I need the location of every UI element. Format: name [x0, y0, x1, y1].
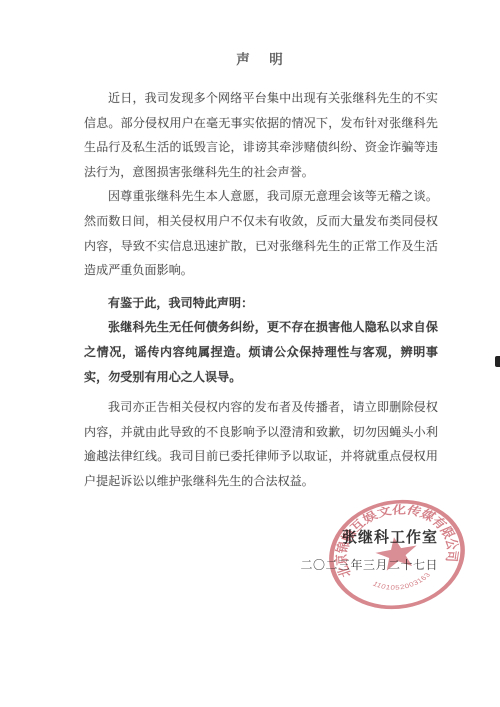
- paragraph-legal-warning: 我司亦正告相关侵权内容的发布者及传播者，请立即删除侵权内容，并就由此导致的不良影…: [84, 395, 438, 493]
- paragraph-declaration-body: 张继科先生无任何债务纠纷，更不存在损害他人隐私以求自保之情况，谣传内容纯属捏造。…: [84, 315, 438, 389]
- scan-artifact-mark: [495, 356, 500, 367]
- paragraph-intro: 近日，我司发现多个网络平台集中出现有关张继科先生的不实信息。部分侵权用户在毫无事…: [84, 86, 438, 184]
- document-body: 声 明 近日，我司发现多个网络平台集中出现有关张继科先生的不实信息。部分侵权用户…: [0, 0, 500, 573]
- document-title: 声 明: [84, 50, 438, 70]
- signature-block: 张继科工作室 二〇二三年三月二十七日: [84, 530, 438, 573]
- paragraph-declaration-lead: 有鉴于此，我司特此声明：: [84, 291, 438, 316]
- seal-number-text: 1101052003163: [370, 570, 434, 596]
- signature-date: 二〇二三年三月二十七日: [84, 558, 438, 573]
- paragraph-background: 因尊重张继科先生本人意愿，我司原无意理会该等无稽之谈。然而数日间，相关侵权用户不…: [84, 184, 438, 282]
- signature-studio-name: 张继科工作室: [84, 530, 438, 547]
- seal-number-arc: 1101052003163: [370, 570, 434, 596]
- statement-document-page: 声 明 近日，我司发现多个网络平台集中出现有关张继科先生的不实信息。部分侵权用户…: [0, 0, 500, 707]
